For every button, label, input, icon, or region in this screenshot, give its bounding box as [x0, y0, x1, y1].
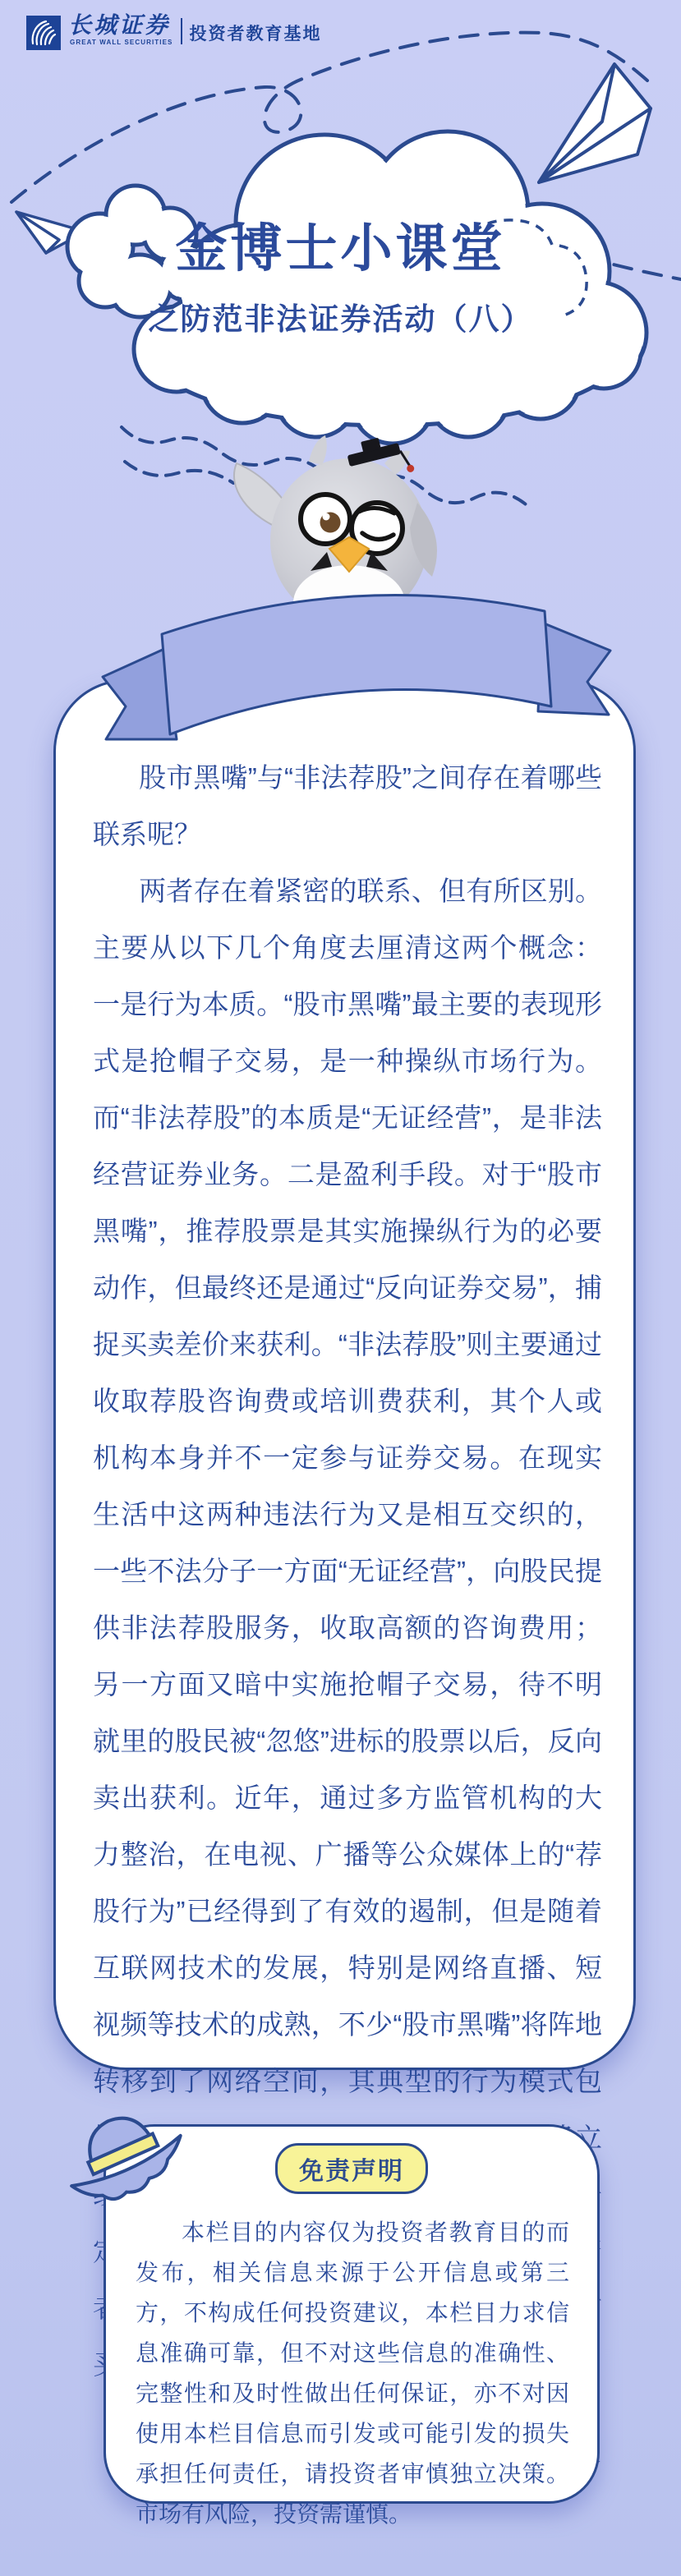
article-card: 股市黑嘴”与“非法荐股”之间存在着哪些联系呢？ 两者存在着紧密的联系、但有所区别… — [53, 679, 636, 2070]
brand-header: 长城证券 GREAT WALL SECURITIES 投资者教育基地 — [26, 13, 321, 54]
disclaimer-badge: 免责声明 — [275, 2143, 428, 2194]
brand-name-cn: 长城证券 — [68, 13, 173, 38]
disclaimer-text: 本栏目的内容仅为投资者教育目的而发布，相关信息来源于公开信息或第三方，不构成任何… — [136, 2212, 569, 2534]
page-subtitle: 之防范非法证券活动（八） — [0, 294, 681, 338]
brand-name-en: GREAT WALL SECURITIES — [70, 39, 173, 46]
brand-suffix: 投资者教育基地 — [189, 21, 321, 45]
page-title: 金博士小课堂 — [0, 207, 681, 282]
hat-icon — [54, 2086, 194, 2226]
greatwall-logo-icon — [26, 16, 61, 50]
title-cloud — [67, 131, 646, 444]
paper-plane-icon — [539, 64, 651, 182]
ribbon-banner — [78, 565, 620, 762]
brand-divider — [181, 18, 182, 44]
article-question: 股市黑嘴”与“非法荐股”之间存在着哪些联系呢？ — [93, 749, 602, 862]
